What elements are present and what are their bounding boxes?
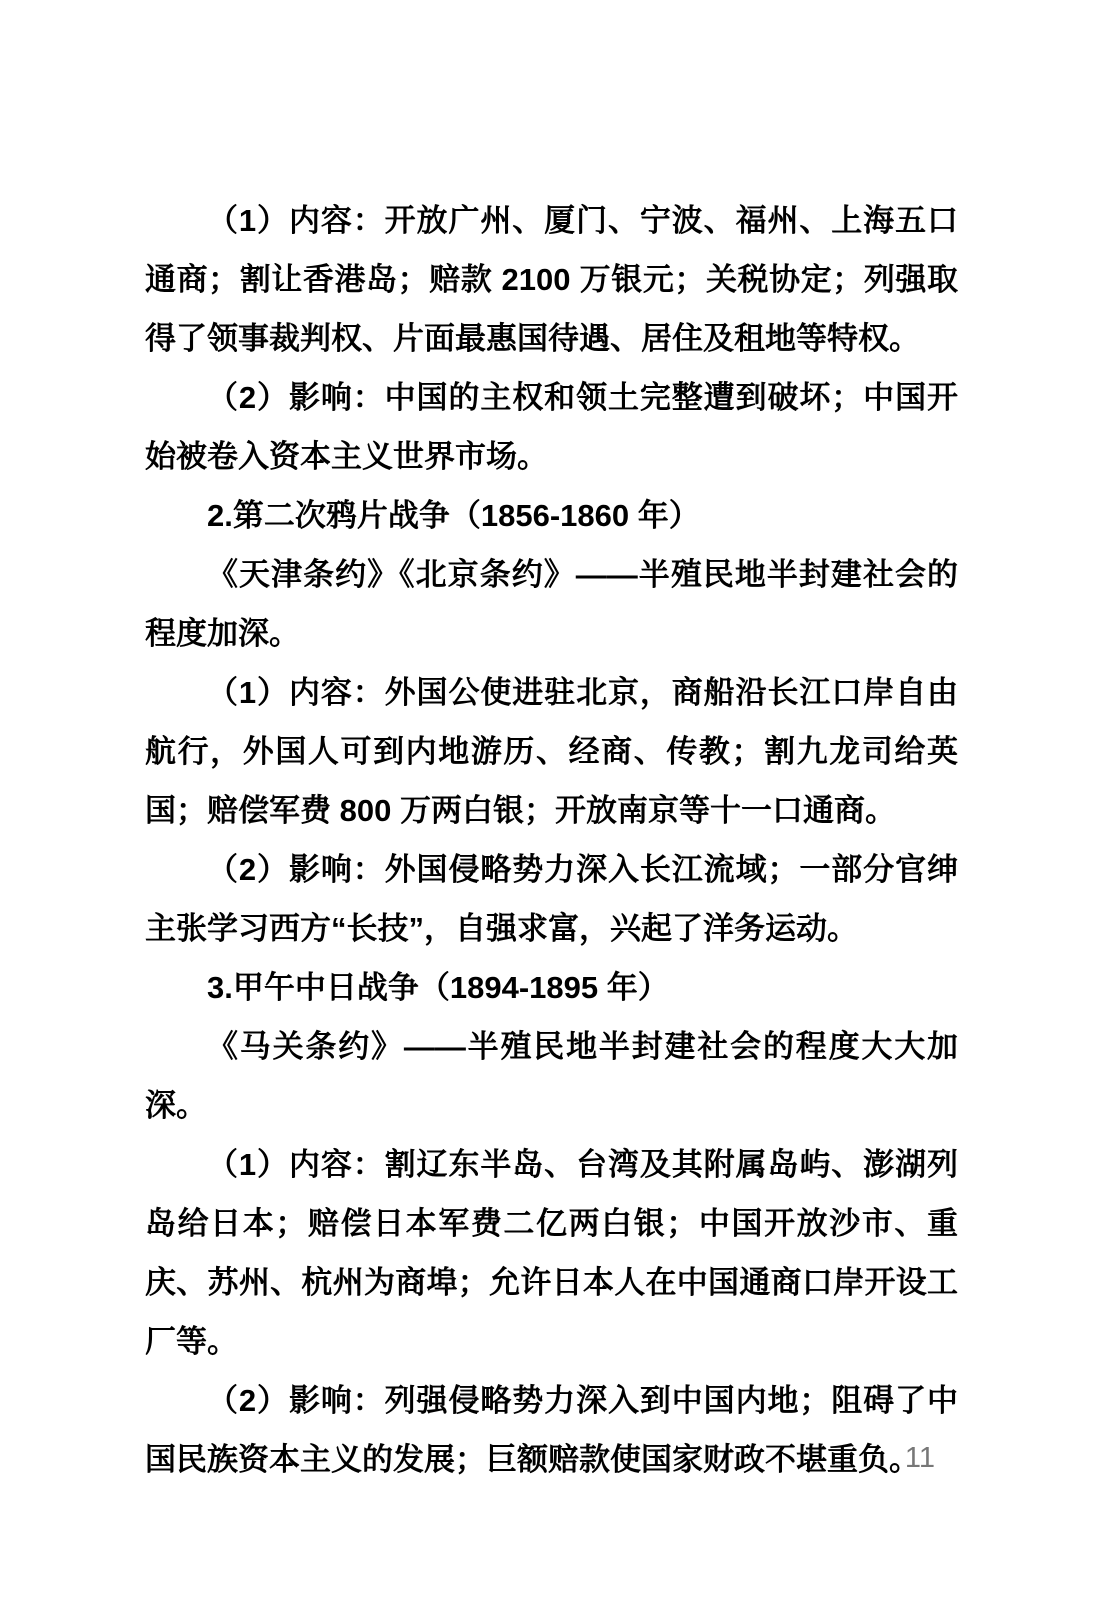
heading-second-opium-war: 2.第二次鸦片战争（1856-1860 年）	[145, 486, 958, 545]
paragraph-treaty2-content: （1）内容：外国公使进驻北京，商船沿长江口岸自由航行，外国人可到内地游历、经商、…	[145, 663, 958, 840]
document-page: （1）内容：开放广州、厦门、宁波、福州、上海五口通商；割让香港岛；赔款 2100…	[0, 0, 1103, 1599]
heading-sino-japanese-war: 3.甲午中日战争（1894-1895 年）	[145, 958, 958, 1017]
paragraph-treaty2-impact: （2）影响：外国侵略势力深入长江流域；一部分官绅主张学习西方“长技”，自强求富，…	[145, 840, 958, 958]
paragraph-treaty3-content: （1）内容：割辽东半岛、台湾及其附属岛屿、澎湖列岛给日本；赔偿日本军费二亿两白银…	[145, 1135, 958, 1371]
paragraph-shimonoseki-treaty: 《马关条约》——半殖民地半封建社会的程度大大加深。	[145, 1017, 958, 1135]
document-body: （1）内容：开放广州、厦门、宁波、福州、上海五口通商；割让香港岛；赔款 2100…	[145, 191, 958, 1489]
paragraph-treaty3-impact: （2）影响：列强侵略势力深入到中国内地；阻碍了中国民族资本主义的发展；巨额赔款使…	[145, 1371, 958, 1489]
paragraph-tianjin-beijing-treaties: 《天津条约》《北京条约》——半殖民地半封建社会的程度加深。	[145, 545, 958, 663]
paragraph-treaty1-impact: （2）影响：中国的主权和领土完整遭到破坏；中国开始被卷入资本主义世界市场。	[145, 368, 958, 486]
paragraph-treaty1-content: （1）内容：开放广州、厦门、宁波、福州、上海五口通商；割让香港岛；赔款 2100…	[145, 191, 958, 368]
page-number: 11	[905, 1444, 935, 1473]
